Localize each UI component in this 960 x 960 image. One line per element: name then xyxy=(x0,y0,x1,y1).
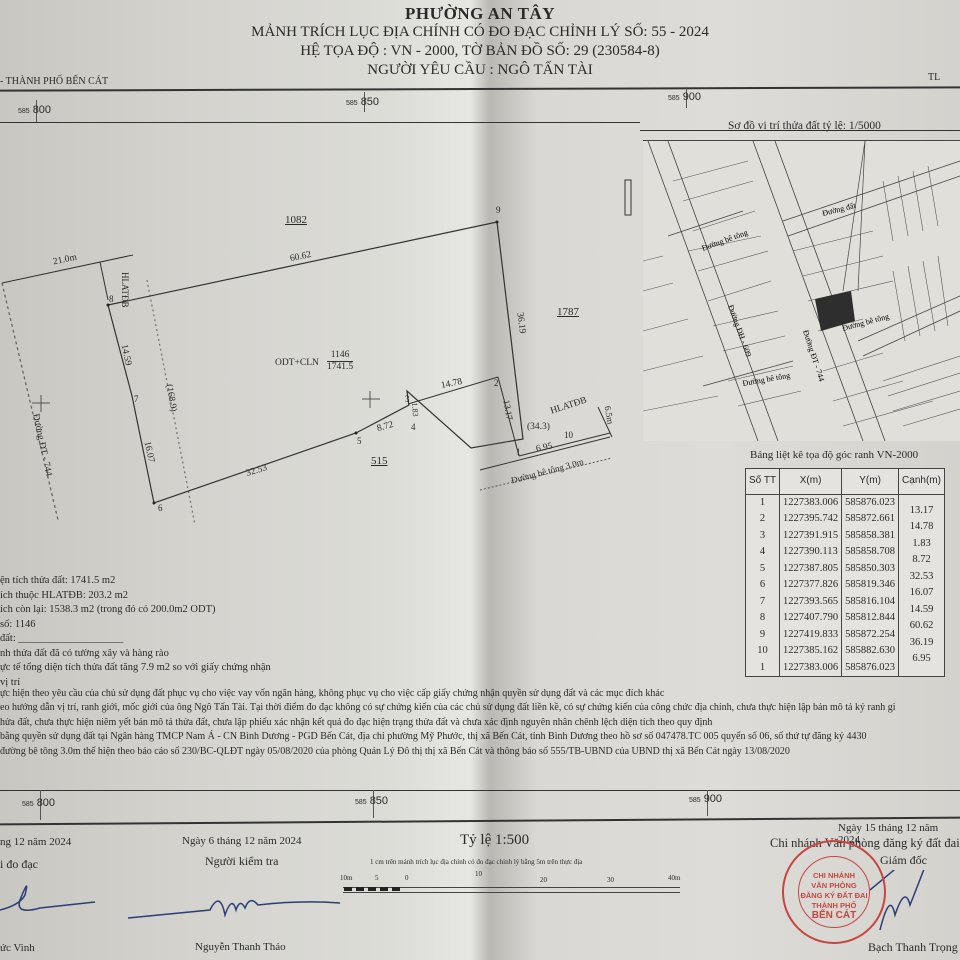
grid-band-line xyxy=(0,122,640,123)
point-5: 5 xyxy=(357,436,362,446)
checker-date: Ngày 6 tháng 12 năm 2024 xyxy=(182,835,301,847)
point-6: 6 xyxy=(158,503,163,513)
cell-y: 585812.844 xyxy=(842,610,899,627)
point-1: 1 xyxy=(516,447,521,457)
point-3: 3 xyxy=(405,394,410,404)
scale-bar: 10m 5 0 10 20 30 40m xyxy=(340,874,680,894)
note-line: nh thửa đất đã có tường xây và hàng rào xyxy=(0,647,271,662)
cell-edge: 36.19 xyxy=(899,635,945,652)
cell-edge: 13.17 xyxy=(899,502,945,519)
cell-y: 585819.346 xyxy=(842,577,899,594)
grid-label-850-bottom: 585850 xyxy=(355,795,388,807)
cell-edge: 16.07 xyxy=(899,585,945,602)
remark-line: hửa đất, chưa thực hiện niêm yết bản mô … xyxy=(0,716,960,730)
table-row: 11227383.006585876.02313.17 xyxy=(746,494,945,511)
grid-label-800: 585800 xyxy=(18,104,51,116)
document-title: MẢNH TRÍCH LỤC ĐỊA CHÍNH CÓ ĐO ĐẠC CHỈNH… xyxy=(200,23,760,42)
director-name: Bạch Thanh Trọng xyxy=(868,940,958,955)
coords-table: Số TT X(m) Y(m) Cạnh(m) 11227383.0065858… xyxy=(745,468,945,677)
grid-label-800-bottom: 585800 xyxy=(22,797,55,809)
cell-no: 9 xyxy=(746,627,780,644)
cell-x: 1227390.113 xyxy=(780,544,842,561)
parcel-number: 1146 xyxy=(327,350,353,362)
cell-y: 585858.708 xyxy=(842,544,899,561)
note-line: số: 1146 xyxy=(0,618,271,633)
cell-no: 7 xyxy=(746,594,780,611)
note-line: ện tích thửa đất: 1741.5 m2 xyxy=(0,574,271,589)
cell-no: 6 xyxy=(746,577,780,594)
document-header: PHƯỜNG AN TÂY MẢNH TRÍCH LỤC ĐỊA CHÍNH C… xyxy=(200,4,760,80)
cell-no: 8 xyxy=(746,610,780,627)
office-stamp: CHI NHÁNH VĂN PHÒNG ĐĂNG KÝ ĐẤT ĐAI THÀN… xyxy=(782,840,886,944)
point-7: 7 xyxy=(134,394,139,404)
point-2: 2 xyxy=(494,378,499,388)
point-8: 8 xyxy=(109,294,114,304)
cadastral-extract-document: PHƯỜNG AN TÂY MẢNH TRÍCH LỤC ĐỊA CHÍNH C… xyxy=(0,0,960,960)
cell-y: 585872.661 xyxy=(842,511,899,528)
grid-label-900: 585900 xyxy=(668,91,701,103)
cell-edge: 8.72 xyxy=(899,552,945,569)
cell-y: 585876.023 xyxy=(842,494,899,511)
grid-label-900-bottom: 585900 xyxy=(689,793,722,805)
cell-x: 1227385.162 xyxy=(780,643,842,660)
svg-text:Đường bê tông: Đường bê tông xyxy=(701,228,749,253)
parcel-area: 1741.5 xyxy=(327,362,353,373)
cell-no: 2 xyxy=(746,511,780,528)
cell-no: 1 xyxy=(746,660,780,677)
remark-line: bằng quyền sử dụng đất tại Ngân hàng TMC… xyxy=(0,730,960,744)
cell-x: 1227407.790 xyxy=(780,610,842,627)
hlatdb-left: HLATĐB xyxy=(120,272,130,308)
cell-no: 5 xyxy=(746,561,780,578)
cell-no: 10 xyxy=(746,643,780,660)
note-line: ực tế tổng diện tích thửa đất tăng 7.9 m… xyxy=(0,661,271,676)
cell-edge xyxy=(899,668,945,685)
cell-x: 1227393.565 xyxy=(780,594,842,611)
cell-y: 585876.023 xyxy=(842,660,899,677)
cell-edge: 32.53 xyxy=(899,569,945,586)
neighbor-parcel-bottom: 515 xyxy=(371,455,388,467)
col-header-y: Y(m) xyxy=(842,469,899,495)
scale-title: Tỷ lệ 1:500 xyxy=(460,832,529,849)
parcel-plot xyxy=(0,130,640,560)
svg-text:Đường ĐH - 609: Đường ĐH - 609 xyxy=(726,304,753,358)
city-label: - THÀNH PHỐ BẾN CÁT xyxy=(0,76,108,87)
cell-x: 1227383.006 xyxy=(780,660,842,677)
cell-x: 1227383.006 xyxy=(780,494,842,511)
note-line: ích còn lại: 1538.3 m2 (trong đó có 200.… xyxy=(0,603,271,618)
cell-x: 1227387.805 xyxy=(780,561,842,578)
cell-edge: 6.95 xyxy=(899,651,945,668)
frame-top-line xyxy=(0,86,960,91)
right-cut-label: TL xyxy=(928,72,940,83)
cell-y: 585850.303 xyxy=(842,561,899,578)
ward-title: PHƯỜNG AN TÂY xyxy=(200,4,760,23)
col-header-no: Số TT xyxy=(746,469,780,495)
surveyor-name: ức Vinh xyxy=(0,942,35,954)
cell-y: 585872.254 xyxy=(842,627,899,644)
surveyor-date: ng 12 năm 2024 xyxy=(0,836,71,848)
cell-no: 3 xyxy=(746,528,780,545)
grid-band-top-line xyxy=(0,790,960,791)
point-4: 4 xyxy=(411,422,416,432)
location-map: Đường đất Đường bê tông Đường ĐH - 609 Đ… xyxy=(643,140,960,441)
land-use-code: ODT+CLN xyxy=(275,358,319,368)
col-header-x: X(m) xyxy=(780,469,842,495)
scale-note: 1 cm trên mảnh trích lục địa chính có đo… xyxy=(370,858,582,866)
cell-x: 1227391.915 xyxy=(780,528,842,545)
cell-x: 1227395.742 xyxy=(780,511,842,528)
stamp-city: BẾN CÁT xyxy=(799,911,869,921)
cell-no: 4 xyxy=(746,544,780,561)
neighbor-parcel-top: 1082 xyxy=(285,214,307,226)
svg-text:Đường đất: Đường đất xyxy=(821,201,857,218)
cell-edge: 60.62 xyxy=(899,618,945,635)
edge-3-4: 1.83 xyxy=(410,402,420,417)
surveyor-signature xyxy=(0,886,95,910)
cell-edge: 14.78 xyxy=(899,519,945,536)
coords-table-title: Bảng liệt kê tọa độ góc ranh VN-2000 xyxy=(750,449,918,461)
cell-x: 1227419.833 xyxy=(780,627,842,644)
checker-name: Nguyễn Thanh Thảo xyxy=(195,941,286,953)
cell-edge: 14.59 xyxy=(899,602,945,619)
point-10: 10 xyxy=(564,430,573,440)
parcel-notes: ện tích thửa đất: 1741.5 m2 ích thuộc HL… xyxy=(0,574,271,690)
cell-y: 585816.104 xyxy=(842,594,899,611)
parcel-fraction: 1146 1741.5 xyxy=(327,350,353,373)
frame-bottom-line xyxy=(0,817,960,826)
director-role: Giám đốc xyxy=(880,853,927,868)
svg-text:Đường ĐT - 744: Đường ĐT - 744 xyxy=(801,329,826,383)
note-line: đất: ____________________ xyxy=(0,632,271,647)
location-map-title: Sơ đồ vị trí thửa đất tỷ lệ: 1/5000 xyxy=(728,120,881,132)
remark-line: đường bê tông 3.0m thể hiện theo báo cáo… xyxy=(0,745,960,759)
director-office: Chi nhánh Văn phòng đăng ký đất đai xyxy=(770,836,960,851)
neighbor-parcel-right: 1787 xyxy=(557,306,579,318)
corridor-right-area: (34.3) xyxy=(527,422,550,432)
checker-signature xyxy=(128,901,340,918)
cell-x: 1227377.826 xyxy=(780,577,842,594)
requester: NGƯỜI YÊU CẦU : NGÔ TẤN TÀI xyxy=(200,61,760,80)
cell-no: 1 xyxy=(746,494,780,511)
grid-label-850: 585850 xyxy=(346,96,379,108)
note-line: ích thuộc HLATĐB: 203.2 m2 xyxy=(0,589,271,604)
col-header-edge: Cạnh(m) xyxy=(899,469,945,495)
checker-role: Người kiểm tra xyxy=(205,854,279,869)
cell-y: 585858.381 xyxy=(842,528,899,545)
cell-y: 585882.630 xyxy=(842,643,899,660)
remark-line: eo hướng dẫn vị trí, ranh giới, mốc giới… xyxy=(0,701,960,715)
cell-edge: 1.83 xyxy=(899,536,945,553)
point-9: 9 xyxy=(496,205,501,215)
stamp-inner: CHI NHÁNH VĂN PHÒNG ĐĂNG KÝ ĐẤT ĐAI THÀN… xyxy=(798,856,870,928)
remarks: ực hiện theo yêu cầu của chủ sử dụng đất… xyxy=(0,687,960,759)
coordinate-system: HỆ TỌA ĐỘ : VN - 2000, TỜ BẢN ĐỒ SỐ: 29 … xyxy=(200,42,760,61)
remark-line: ực hiện theo yêu cầu của chủ sử dụng đất… xyxy=(0,687,960,701)
